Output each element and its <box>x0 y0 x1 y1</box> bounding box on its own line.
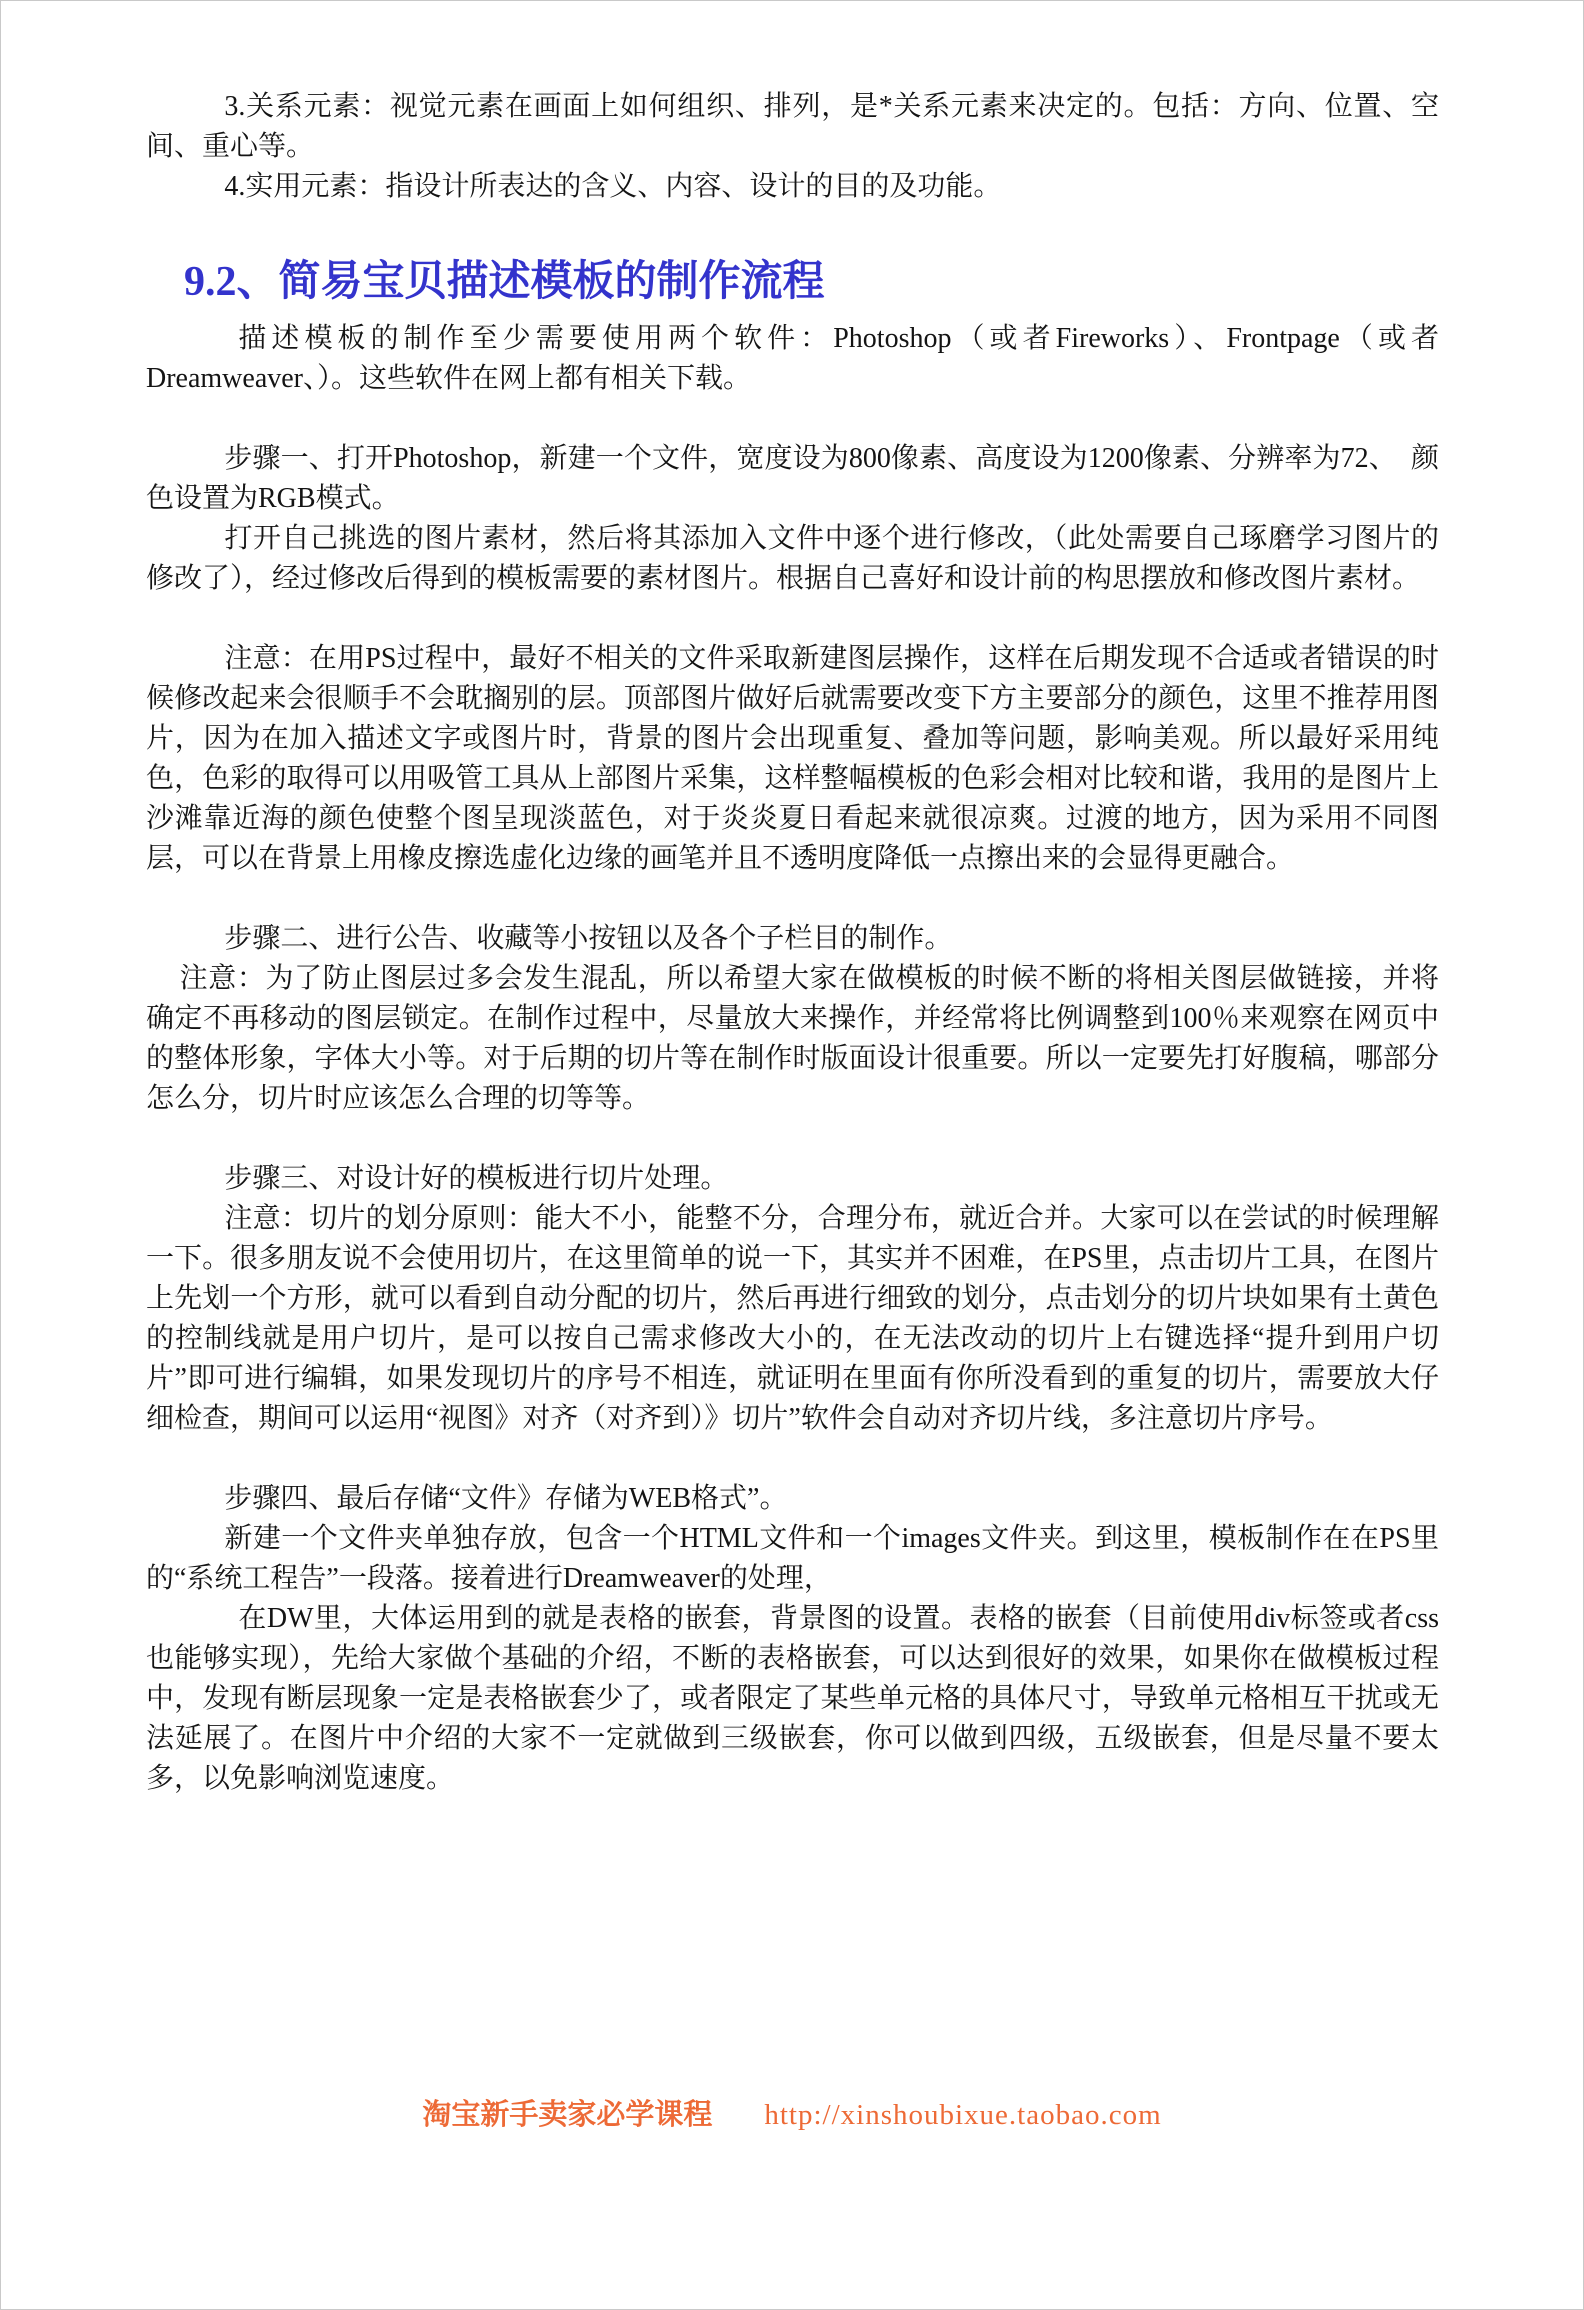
paragraph-note2: 注意：为了防止图层过多会发生混乱，所以希望大家在做模板的时候不断的将相关图层做链… <box>146 959 1439 1119</box>
paragraph-step3: 步骤三、对设计好的模板进行切片处理。 <box>146 1159 1439 1199</box>
document-page: 3.关系元素：视觉元素在画面上如何组织、排列，是*关系元素来决定的。包括：方向、… <box>0 0 1584 2310</box>
section-heading: 9.2、简易宝贝描述模板的制作流程 <box>146 257 1439 307</box>
paragraph-note1: 注意：在用PS过程中，最好不相关的文件采取新建图层操作，这样在后期发现不合适或者… <box>146 639 1439 879</box>
paragraph-dw-detail: 在DW里，大体运用到的就是表格的嵌套，背景图的设置。表格的嵌套（目前使用div标… <box>146 1599 1439 1799</box>
paragraph-practical-elements: 4.实用元素：指设计所表达的含义、内容、设计的目的及功能。 <box>146 167 1439 207</box>
footer-url: http://xinshoubixue.taobao.com <box>764 2099 1161 2131</box>
paragraph-step1: 步骤一、打开Photoshop，新建一个文件，宽度设为800像素、高度设为120… <box>146 439 1439 519</box>
paragraph-note3: 注意：切片的划分原则：能大不小，能整不分，合理分布，就近合并。大家可以在尝试的时… <box>146 1199 1439 1439</box>
footer-course-title: 淘宝新手卖家必学课程 <box>422 2099 712 2131</box>
paragraph-relation-elements: 3.关系元素：视觉元素在画面上如何组织、排列，是*关系元素来决定的。包括：方向、… <box>146 87 1439 167</box>
paragraph-step2: 步骤二、进行公告、收藏等小按钮以及各个子栏目的制作。 <box>146 919 1439 959</box>
paragraph-step1-detail: 打开自己挑选的图片素材，然后将其添加入文件中逐个进行修改，（此处需要自己琢磨学习… <box>146 519 1439 599</box>
paragraph-step4-detail: 新建一个文件夹单独存放，包含一个HTML文件和一个images文件夹。到这里，模… <box>146 1519 1439 1599</box>
paragraph-tools-intro: 描述模板的制作至少需要使用两个软件：Photoshop（或者Fireworks）… <box>146 319 1439 399</box>
page-footer: 淘宝新手卖家必学课程http://xinshoubixue.taobao.com <box>1 2097 1583 2133</box>
paragraph-step4: 步骤四、最后存储“文件》存储为WEB格式”。 <box>146 1479 1439 1519</box>
document-body: 3.关系元素：视觉元素在画面上如何组织、排列，是*关系元素来决定的。包括：方向、… <box>1 1 1583 1799</box>
